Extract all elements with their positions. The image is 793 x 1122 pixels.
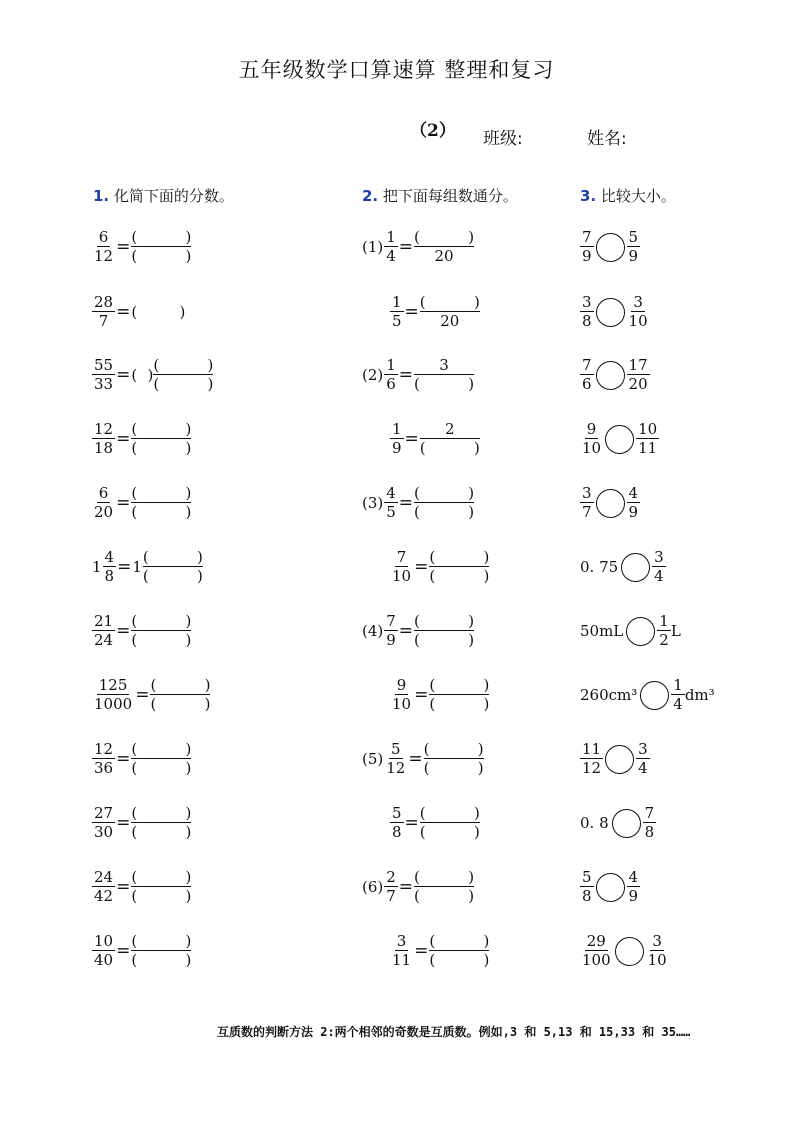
compare-circle[interactable] bbox=[596, 361, 625, 390]
common-denominator-item: 7 10= ()() bbox=[390, 550, 489, 584]
common-denominator-item: 1 5= ()20 bbox=[390, 295, 480, 329]
fraction: 12 18 bbox=[92, 422, 115, 456]
answer-fraction-blank[interactable]: ()() bbox=[429, 678, 489, 712]
answer-fraction-blank[interactable]: ()() bbox=[131, 486, 191, 520]
fraction: 1 2 bbox=[657, 614, 671, 648]
section-number: 1. bbox=[93, 187, 109, 205]
fraction: 1 5 bbox=[390, 295, 404, 329]
answer-fraction-blank[interactable]: ()() bbox=[414, 870, 474, 904]
simplify-item: 1 4 8=1 ()() bbox=[92, 550, 203, 584]
compare-item: 0. 8 7 8 bbox=[580, 806, 656, 840]
fraction: 10 40 bbox=[92, 934, 115, 968]
fraction: 5 8 bbox=[580, 870, 594, 904]
compare-circle[interactable] bbox=[605, 425, 634, 454]
compare-item: 11 12 3 4 bbox=[580, 742, 650, 776]
section-title: 比较大小。 bbox=[601, 187, 676, 205]
fraction: 1 4 bbox=[671, 678, 685, 712]
section-title: 化简下面的分数。 bbox=[114, 187, 234, 205]
compare-circle[interactable] bbox=[605, 745, 634, 774]
answer-fraction-blank[interactable]: ()() bbox=[131, 422, 191, 456]
group-label: (5) bbox=[362, 750, 383, 768]
answer-fraction-blank[interactable]: 2() bbox=[420, 422, 480, 456]
compare-item: 7 6 17 20 bbox=[580, 358, 650, 392]
answer-fraction-blank[interactable]: ()() bbox=[429, 934, 489, 968]
section-1-heading: 1. 化简下面的分数。 bbox=[93, 185, 234, 206]
simplify-item: 10 40= ()() bbox=[92, 934, 191, 968]
compare-circle[interactable] bbox=[640, 681, 669, 710]
fraction: 3 4 bbox=[652, 550, 666, 584]
compare-item: 3 8 3 10 bbox=[580, 295, 650, 329]
common-denominator-item: (5) 5 12= ()() bbox=[362, 742, 484, 776]
compare-circle[interactable] bbox=[615, 937, 644, 966]
fraction: 4 5 bbox=[384, 486, 398, 520]
fraction: 7 8 bbox=[643, 806, 657, 840]
answer-whole-blank[interactable]: () bbox=[131, 366, 153, 384]
compare-item: 7 9 5 9 bbox=[580, 230, 640, 264]
common-denominator-item: 5 8= ()() bbox=[390, 806, 480, 840]
answer-fraction-blank[interactable]: ()() bbox=[131, 870, 191, 904]
answer-fraction-blank[interactable]: ()() bbox=[424, 742, 484, 776]
compare-circle[interactable] bbox=[596, 489, 625, 518]
common-denominator-item: (3) 4 5= ()() bbox=[362, 486, 474, 520]
page-title: 五年级数学口算速算 整理和复习 bbox=[0, 54, 793, 84]
simplify-item: 24 42= ()() bbox=[92, 870, 191, 904]
common-denominator-item: 3 11= ()() bbox=[390, 934, 489, 968]
fraction: 10 11 bbox=[636, 422, 659, 456]
simplify-item: 27 30= ()() bbox=[92, 806, 191, 840]
fraction: 3 10 bbox=[627, 295, 650, 329]
simplify-item: 12 18= ()() bbox=[92, 422, 191, 456]
answer-fraction-blank[interactable]: ()() bbox=[150, 678, 210, 712]
compare-circle[interactable] bbox=[621, 553, 650, 582]
section-number: 2. bbox=[362, 187, 378, 205]
fraction: 17 20 bbox=[627, 358, 650, 392]
group-label: (2) bbox=[362, 366, 383, 384]
fraction: 11 12 bbox=[580, 742, 603, 776]
fraction: 28 7 bbox=[92, 295, 115, 329]
common-denominator-item: (1) 1 4= ()20 bbox=[362, 230, 474, 264]
compare-item: 5 8 4 9 bbox=[580, 870, 640, 904]
compare-circle[interactable] bbox=[626, 617, 655, 646]
fraction: 5 8 bbox=[390, 806, 404, 840]
answer-fraction-blank[interactable]: ()20 bbox=[414, 230, 474, 264]
common-denominator-item: 9 10= ()() bbox=[390, 678, 489, 712]
compare-circle[interactable] bbox=[596, 298, 625, 327]
compare-item: 29 100 3 10 bbox=[580, 934, 669, 968]
answer-fraction-blank[interactable]: ()() bbox=[153, 358, 213, 392]
fraction: 27 30 bbox=[92, 806, 115, 840]
section-number: 3. bbox=[580, 187, 596, 205]
compare-circle[interactable] bbox=[596, 233, 625, 262]
fraction: 6 20 bbox=[92, 486, 115, 520]
fraction: 3 8 bbox=[580, 295, 594, 329]
fraction: 4 8 bbox=[103, 550, 117, 584]
answer-fraction-blank[interactable]: ()() bbox=[143, 550, 203, 584]
fraction: 125 1000 bbox=[92, 678, 134, 712]
compare-circle[interactable] bbox=[612, 809, 641, 838]
answer-fraction-blank[interactable]: 3() bbox=[414, 358, 474, 392]
fraction: 5 12 bbox=[384, 742, 407, 776]
fraction: 6 12 bbox=[92, 230, 115, 264]
fraction: 4 9 bbox=[627, 486, 641, 520]
section-2-heading: 2. 把下面每组数通分。 bbox=[362, 185, 518, 206]
simplify-item: 55 33=() ()() bbox=[92, 358, 213, 392]
fraction: 7 10 bbox=[390, 550, 413, 584]
fraction: 1 6 bbox=[384, 358, 398, 392]
fraction: 12 36 bbox=[92, 742, 115, 776]
answer-fraction-blank[interactable]: ()20 bbox=[420, 295, 480, 329]
compare-item: 50mL 1 2L bbox=[580, 614, 682, 648]
name-field-label: 姓名: bbox=[587, 124, 627, 149]
fraction: 4 9 bbox=[627, 870, 641, 904]
answer-fraction-blank[interactable]: ()() bbox=[420, 806, 480, 840]
simplify-item: 125 1000= ()() bbox=[92, 678, 210, 712]
section-title: 把下面每组数通分。 bbox=[383, 187, 518, 205]
fraction: 3 10 bbox=[646, 934, 669, 968]
simplify-item: 28 7=() bbox=[92, 295, 185, 329]
worksheet-number: （2） bbox=[410, 116, 456, 141]
simplify-item: 12 36= ()() bbox=[92, 742, 191, 776]
simplify-item: 6 20= ()() bbox=[92, 486, 191, 520]
compare-item: 3 7 4 9 bbox=[580, 486, 640, 520]
fraction: 24 42 bbox=[92, 870, 115, 904]
answer-fraction-blank[interactable]: ()() bbox=[414, 614, 474, 648]
class-field-label: 班级: bbox=[483, 124, 523, 149]
group-label: (6) bbox=[362, 878, 383, 896]
compare-circle[interactable] bbox=[596, 873, 625, 902]
fraction: 9 10 bbox=[390, 678, 413, 712]
common-denominator-item: 1 9= 2() bbox=[390, 422, 480, 456]
simplify-item: 6 12= ()() bbox=[92, 230, 191, 264]
answer-fraction-blank[interactable]: ()() bbox=[429, 550, 489, 584]
fraction: 1 9 bbox=[390, 422, 404, 456]
fraction: 1 4 bbox=[384, 230, 398, 264]
answer-fraction-blank[interactable]: ()() bbox=[131, 742, 191, 776]
answer-fraction-blank[interactable]: ()() bbox=[131, 230, 191, 264]
fraction: 9 10 bbox=[580, 422, 603, 456]
tip-note: 互质数的判断方法 2:两个相邻的奇数是互质数。例如,3 和 5,13 和 15,… bbox=[217, 1020, 762, 1044]
fraction: 3 11 bbox=[390, 934, 413, 968]
fraction: 7 9 bbox=[384, 614, 398, 648]
common-denominator-item: (6) 2 7= ()() bbox=[362, 870, 474, 904]
compare-item: 260cm³ 1 4dm³ bbox=[580, 678, 716, 712]
fraction: 29 100 bbox=[580, 934, 613, 968]
fraction: 7 9 bbox=[580, 230, 594, 264]
fraction: 55 33 bbox=[92, 358, 115, 392]
answer-fraction-blank[interactable]: ()() bbox=[131, 614, 191, 648]
answer-fraction-blank[interactable]: ()() bbox=[131, 806, 191, 840]
compare-item: 0. 75 3 4 bbox=[580, 550, 666, 584]
common-denominator-item: (4) 7 9= ()() bbox=[362, 614, 474, 648]
section-3-heading: 3. 比较大小。 bbox=[580, 185, 676, 206]
answer-fraction-blank[interactable]: ()() bbox=[131, 934, 191, 968]
simplify-item: 21 24= ()() bbox=[92, 614, 191, 648]
common-denominator-item: (2) 1 6= 3() bbox=[362, 358, 474, 392]
answer-blank[interactable]: () bbox=[131, 303, 185, 321]
compare-item: 9 10 10 11 bbox=[580, 422, 659, 456]
group-label: (3) bbox=[362, 494, 383, 512]
fraction: 5 9 bbox=[627, 230, 641, 264]
fraction: 7 6 bbox=[580, 358, 594, 392]
fraction: 21 24 bbox=[92, 614, 115, 648]
fraction: 3 7 bbox=[580, 486, 594, 520]
fraction: 3 4 bbox=[636, 742, 650, 776]
group-label: (1) bbox=[362, 238, 383, 256]
fraction: 2 7 bbox=[384, 870, 398, 904]
answer-fraction-blank[interactable]: ()() bbox=[414, 486, 474, 520]
group-label: (4) bbox=[362, 622, 383, 640]
